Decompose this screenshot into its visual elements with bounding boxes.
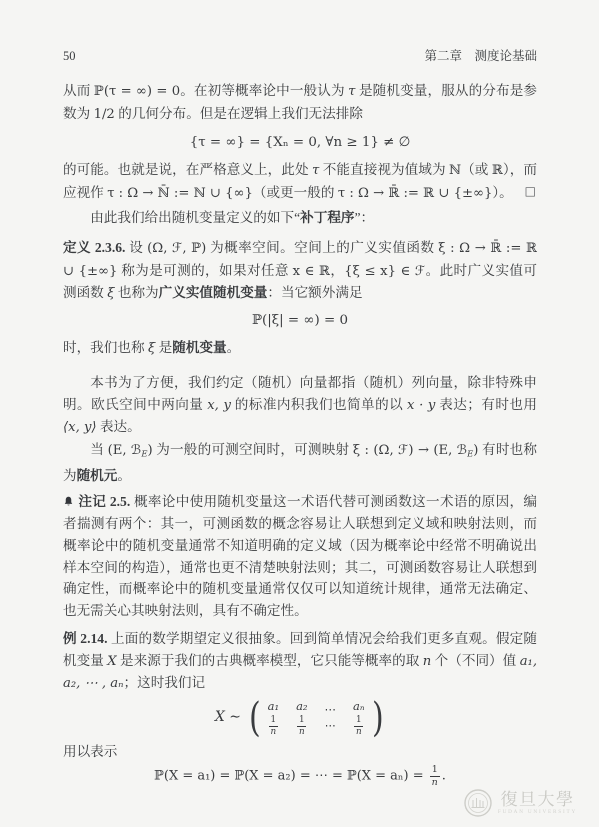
text-segment: 随机变量 (172, 340, 226, 355)
text-segment: {ξ ≤ x} ∈ ℱ (344, 264, 425, 279)
text-segment: 广义实值随机变量 (159, 285, 268, 300)
text-segment: ， (330, 263, 344, 278)
paragraph-used-to-express: 用以表示 (63, 741, 537, 763)
text-segment: ξ : (Ω, ℱ) → (E, ℬ (353, 443, 467, 458)
remark-2-5-paragraph: 注记 2.5. 概率论中使用随机变量这一术语代替可测函数这一术语的原因，编者揣测… (63, 491, 537, 622)
text-segment: 从而 (63, 83, 94, 98)
formula-period: . (442, 769, 446, 784)
text-segment: ℝ (492, 163, 503, 178)
text-segment: ：当它额外满足 (267, 285, 362, 300)
text-segment: 的标准内积我们也简单的以 (231, 397, 407, 412)
matrix-entry: a₁ (268, 700, 279, 713)
text-segment: （或更一般的 (253, 185, 338, 200)
watermark: 復旦大學 FUDAN UNIVERSITY (463, 788, 577, 818)
display-formula-xi-finite: ℙ(|ξ| = ∞) = 0 (63, 310, 537, 332)
paragraph-patch-intro: 由此我们给出随机变量定义的如下“补丁程序”： (63, 207, 537, 229)
textbook-page: 50 第二章 测度论基础 从而 ℙ(τ = ∞) = 0。在初等概率论中一般认为… (0, 0, 599, 827)
text-segment: τ : Ω → ℕ̄ := ℕ ∪ {∞} (107, 186, 253, 201)
text-segment: 的几何分布。但是在逻辑上我们无法排除 (115, 106, 363, 121)
matrix-grid: a₁ 1n a₂ 1n ⋯ ⋯ aₙ 1n (263, 700, 370, 737)
text-segment: ⟨x, y⟩ (63, 420, 97, 435)
text-segment: ℙ(τ = ∞) = 0 (94, 84, 180, 99)
display-formula-tau-set: {τ = ∞} = {Xₙ = 0, ∀n ≥ 1} ≠ ∅ (63, 132, 537, 154)
text-segment: 表达。 (97, 419, 141, 434)
text-segment: X (107, 654, 116, 669)
text-segment: ℕ (449, 163, 461, 178)
text-segment: 。 (117, 468, 131, 483)
paragraph-text: 的可能。也就是说，在严格意义上，此处 τ 不能直接视为值域为 ℕ（或 ℝ），而应… (63, 162, 537, 200)
bell-icon (63, 496, 74, 507)
text-segment: 用以表示 (63, 744, 117, 759)
text-segment: x ∈ ℝ (293, 264, 330, 279)
qed-symbol: □ (525, 181, 536, 203)
matrix-entry: ⋯ (325, 703, 337, 716)
text-segment: 表达；有时也用 (435, 397, 537, 412)
fraction-one-over-n: 1n (354, 716, 363, 737)
text-segment: τ : Ω → ℝ̄ := ℝ ∪ {±∞} (338, 186, 493, 201)
watermark-en: FUDAN UNIVERSITY (498, 810, 577, 815)
text-segment: 注记 2.5. (78, 494, 130, 509)
remark-text: 注记 2.5. 概率论中使用随机变量这一术语代替可测函数这一术语的原因，编者揣测… (63, 494, 537, 618)
text-segment: x · y (407, 398, 435, 413)
formula-text: ℙ(X = a₁) = ℙ(X = a₂) = ⋯ = ℙ(X = aₙ) = (154, 769, 428, 784)
fudan-seal-icon (463, 788, 493, 818)
text-segment: 个（不同）值 (431, 653, 519, 668)
text-segment: 补丁程序 (300, 210, 354, 225)
text-segment: 称为是可测的，如果对任意 (117, 263, 292, 278)
matrix-column: a₁ 1n (268, 700, 279, 737)
text-segment: 。 (227, 340, 241, 355)
text-segment: 时，我们也称 (63, 340, 148, 355)
definition-2-3-6-paragraph: 定义 2.3.6. 设 (Ω, ℱ, ℙ) 为概率空间。空间上的广义实值函数 ξ… (63, 237, 537, 305)
paragraph-random-variable: 时，我们也称 ξ 是随机变量。 (63, 337, 537, 360)
matrix-column-dots: ⋯ ⋯ (325, 703, 337, 733)
fraction-one-over-n: 1n (430, 765, 440, 787)
paragraph-tau-distribution: 从而 ℙ(τ = ∞) = 0。在初等概率论中一般认为 τ 是随机变量，服从的分… (63, 80, 537, 126)
right-paren: ) (372, 697, 384, 739)
text-segment: 也称为 (114, 285, 158, 300)
text-segment: 为一般的可测空间时，可测映射 (153, 442, 353, 457)
text-segment: 例 2.14. (63, 631, 107, 646)
display-formula-uniform-probability: ℙ(X = a₁) = ℙ(X = a₂) = ⋯ = ℙ(X = aₙ) = … (63, 765, 537, 787)
text-segment: 不能直接视为值域为 (319, 162, 449, 177)
paragraph-extended-codomain: 的可能。也就是说，在严格意义上，此处 τ 不能直接视为值域为 ℕ（或 ℝ），而应… (63, 159, 537, 205)
paragraph-random-element: 当 (E, ℬE) 为一般的可测空间时，可测映射 ξ : (Ω, ℱ) → (E… (63, 439, 537, 487)
text-segment: （或 (461, 162, 492, 177)
matrix-entry: a₂ (296, 700, 307, 713)
text-segment: 概率论中使用随机变量这一术语代替可测函数这一术语的原因，编者揣测有两个：其一，可… (63, 494, 537, 618)
fraction-one-over-n: 1n (297, 716, 306, 737)
text-segment: 是来源于我们的古典概率模型，它只能等概率的取 (117, 653, 423, 668)
text-segment: x, y (207, 398, 231, 413)
matrix-column: a₂ 1n (296, 700, 307, 737)
matrix-column: aₙ 1n (353, 700, 365, 737)
text-segment: 。在初等概率论中一般认为 (180, 83, 348, 98)
paragraph-vector-convention: 本书为了方便，我们约定（随机）向量都指（随机）列向量，除非特殊申明。欧氏空间中两… (63, 372, 537, 439)
display-formula-distribution-matrix: X ∼ ( a₁ 1n a₂ 1n ⋯ ⋯ aₙ 1n ) (63, 697, 537, 739)
watermark-cn: 復旦大學 (500, 791, 574, 808)
chapter-title: 第二章 测度论基础 (424, 48, 537, 64)
page-header: 50 第二章 测度论基础 (63, 48, 537, 64)
text-segment: 1/2 (94, 107, 115, 122)
page-number: 50 (63, 48, 76, 64)
text-segment: 当 (90, 442, 107, 457)
text-segment: 定义 2.3.6. (63, 240, 125, 255)
text-segment: ”： (355, 210, 375, 225)
text-segment: 是 (155, 340, 172, 355)
left-paren: ( (249, 697, 261, 739)
text-segment: (E, ℬ (108, 443, 142, 458)
text-segment: n (423, 654, 432, 669)
matrix-entry: ⋯ (325, 719, 336, 733)
matrix-entry: aₙ (353, 700, 365, 713)
text-segment: (Ω, ℱ, ℙ) (147, 241, 206, 256)
text-segment: ）。 (492, 185, 512, 200)
fraction-one-over-n: 1n (269, 716, 278, 737)
text-segment: 随机元 (77, 468, 118, 483)
text-segment: 由此我们给出随机变量定义的如下“ (90, 210, 300, 225)
text-segment: 设 (125, 240, 147, 255)
example-2-14-paragraph: 例 2.14. 上面的数学期望定义很抽象。回到简单情况会给我们更多直观。假定随机… (63, 628, 537, 695)
text-segment: 的可能。也就是说，在严格意义上，此处 (63, 162, 312, 177)
matrix-lhs: X ∼ (215, 707, 241, 729)
text-segment: ；这时我们记 (124, 675, 206, 690)
watermark-text: 復旦大學 FUDAN UNIVERSITY (498, 791, 577, 815)
text-segment: 为概率空间。空间上的广义实值函数 (206, 240, 438, 255)
